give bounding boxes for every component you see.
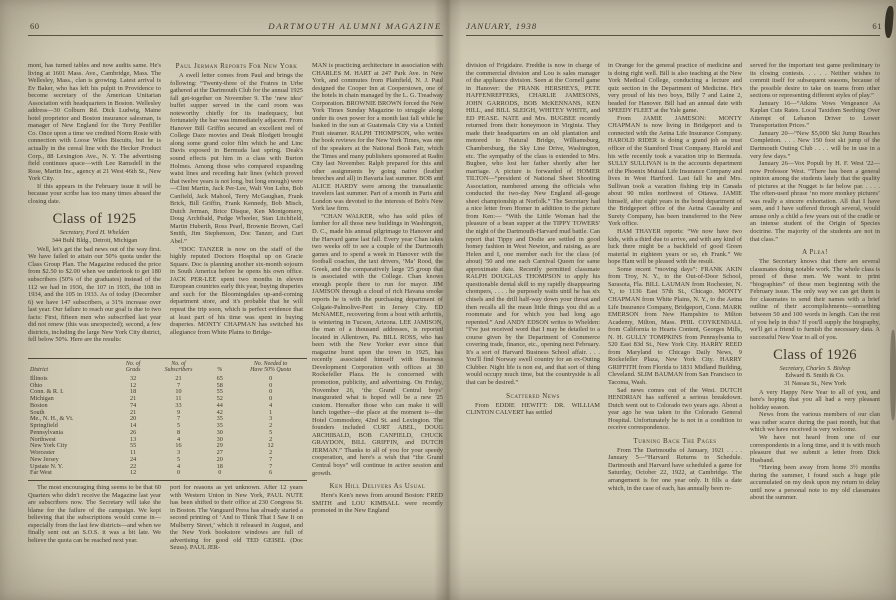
results-header-cell: No. of Grads [113, 361, 154, 376]
table-row: Me., N. H., & Vt.207353 [30, 416, 305, 423]
column-5: in Orange for the general practice of me… [608, 62, 742, 590]
ken-hill-heading: Ken Hill Delivers As Usual [312, 482, 443, 490]
paragraph: We have not heard from one of our corres… [750, 434, 880, 464]
paragraph: division of Frigidaire. Freddie is now i… [466, 62, 600, 387]
table-cell: 12 [113, 470, 154, 477]
column-2-bottom: port for reasons as yet unknown. After 1… [170, 484, 303, 590]
jerman-report-heading: Paul Jerman Reports For New York [170, 62, 303, 70]
results-table-body: Illinois3221650Ohio127580Conn. & R. I.18… [30, 376, 305, 477]
paragraph: “DOC TANZER is now on the staff of the h… [170, 246, 303, 337]
table-row: Michigan2111520 [30, 396, 305, 403]
paragraph: January 16—“Atkins Vows Vengeance As Kap… [750, 100, 880, 130]
table-cell: 0 [203, 470, 236, 477]
paragraph: Well, let's get the bad news out of the … [28, 246, 161, 344]
results-header-cell: % [203, 361, 236, 376]
paragraph: A very Happy New Year to all of you, and… [750, 389, 880, 412]
paragraph: A swell letter comes from Paul and bring… [170, 72, 303, 246]
column-1-bottom: The most encouraging thing seems to be t… [28, 484, 161, 590]
table-row: Illinois3221650 [30, 376, 305, 383]
subscription-results-table: DistrictNo. of GradsNo. of Subscribers%N… [28, 358, 307, 481]
table-row: Ohio127580 [30, 383, 305, 390]
paragraph: Sad news comes out of the West. DUTCH HE… [608, 387, 742, 432]
page-number-left: 60 [30, 21, 40, 31]
secretary-line: Secretary, Ford H. Whelden [28, 229, 161, 236]
column-1-top: mont, has turned tables and now audits s… [28, 62, 161, 356]
table-row: New York City55162912 [30, 443, 305, 450]
table-row: Far West12006 [30, 470, 305, 477]
plea-heading: A Plea! [750, 248, 880, 256]
paragraph: HAM THAYER reports: “We now have two kid… [608, 228, 742, 266]
class-of-1925-heading: Class of 1925 [28, 212, 161, 227]
paragraph: port for reasons as yet unknown. After 1… [170, 484, 303, 552]
secretary-address: 344 Buhl Bldg., Detroit, Michigan [28, 237, 161, 244]
paragraph: From The Dartmouths of January, 1921 . .… [608, 447, 742, 492]
secretary-address: 31 Nassau St., New York [750, 380, 880, 387]
column-4: division of Frigidaire. Freddie is now i… [466, 62, 600, 590]
paragraph: From JAMIE JAMESON: MONTY CHAPMAN is now… [608, 115, 742, 228]
table-row: Boston7433444 [30, 403, 305, 410]
header-rule-left [28, 35, 443, 36]
page-gutter-shadow [434, 0, 462, 600]
table-cell: 0 [154, 470, 204, 477]
scattered-news-heading: Scattered News [466, 392, 600, 400]
table-cell: Far West [30, 470, 113, 477]
left-page: 60 DARTMOUTH ALUMNI MAGAZINE mont, has t… [0, 0, 448, 600]
turning-back-heading: Turning Back The Pages [608, 437, 742, 445]
results-header-cell: District [30, 361, 113, 376]
scan-edge-shadow [890, 330, 896, 420]
paragraph: The Secretary knows that there are sever… [750, 258, 880, 341]
table-row: Upstate N. Y.224187 [30, 464, 305, 471]
paragraph: January 20—“New $5,000 Ski Jump Reaches … [750, 130, 880, 160]
table-row: Conn. & R. I.1810550 [30, 389, 305, 396]
column-6: served for the important test game preli… [750, 62, 880, 590]
secretary-line: Secretary, Charles S. Bishop [750, 365, 880, 372]
table-row: Worcester113272 [30, 450, 305, 457]
issue-date: JANUARY, 1938 [466, 21, 537, 31]
table-cell: 6 [236, 470, 305, 477]
paragraph: MAN is practicing architecture in associ… [312, 62, 443, 213]
paragraph: From EDDIE HEWITT: DR. WILLIAM CLINTON C… [466, 402, 600, 417]
paragraph: The most encouraging thing seems to be t… [28, 484, 161, 544]
paragraph: Some recent “moving days”: FRANK AKIN fr… [608, 266, 742, 387]
paragraph: mont, has turned tables and now audits s… [28, 62, 161, 183]
paragraph: News from the various members of our cla… [750, 411, 880, 434]
header-rule-right [466, 35, 880, 36]
column-3: MAN is practicing architecture in associ… [312, 62, 443, 590]
results-header-cell: No. Needed to Have 50% Quota [236, 361, 305, 376]
paragraph: January 26—Vox Populi by H. F. West '22—… [750, 160, 880, 243]
magazine-scan: 60 DARTMOUTH ALUMNI MAGAZINE mont, has t… [0, 0, 896, 600]
column-2-top: Paul Jerman Reports For New York A swell… [170, 62, 303, 356]
running-title: DARTMOUTH ALUMNI MAGAZINE [268, 21, 442, 31]
results-header-cell: No. of Subscribers [154, 361, 204, 376]
paragraph: served for the important test game preli… [750, 62, 880, 100]
right-page: JANUARY, 1938 61 division of Frigidaire.… [448, 0, 896, 600]
class-of-1926-heading: Class of 1926 [750, 348, 880, 363]
table-row: Northwest134302 [30, 437, 305, 444]
paragraph: “Having been away from home 3½ months du… [750, 464, 880, 502]
paragraph: “CHAN WALKER, who has sold piles of lumb… [312, 213, 443, 477]
secretary-address: Edward B. Smith & Co. [750, 372, 880, 379]
table-row: Pennsylvania268305 [30, 430, 305, 437]
results-header-row: DistrictNo. of GradsNo. of Subscribers%N… [30, 361, 305, 376]
paragraph: in Orange for the general practice of me… [608, 62, 742, 115]
paragraph: If this appears in the February issue it… [28, 183, 161, 206]
table-row: New Jersey245207 [30, 457, 305, 464]
table-cell: Illinois [30, 376, 113, 383]
paragraph: Here's Ken's news from around Boston: FR… [312, 492, 443, 515]
page-number-right: 61 [872, 21, 882, 31]
table-row: Springfield145352 [30, 423, 305, 430]
